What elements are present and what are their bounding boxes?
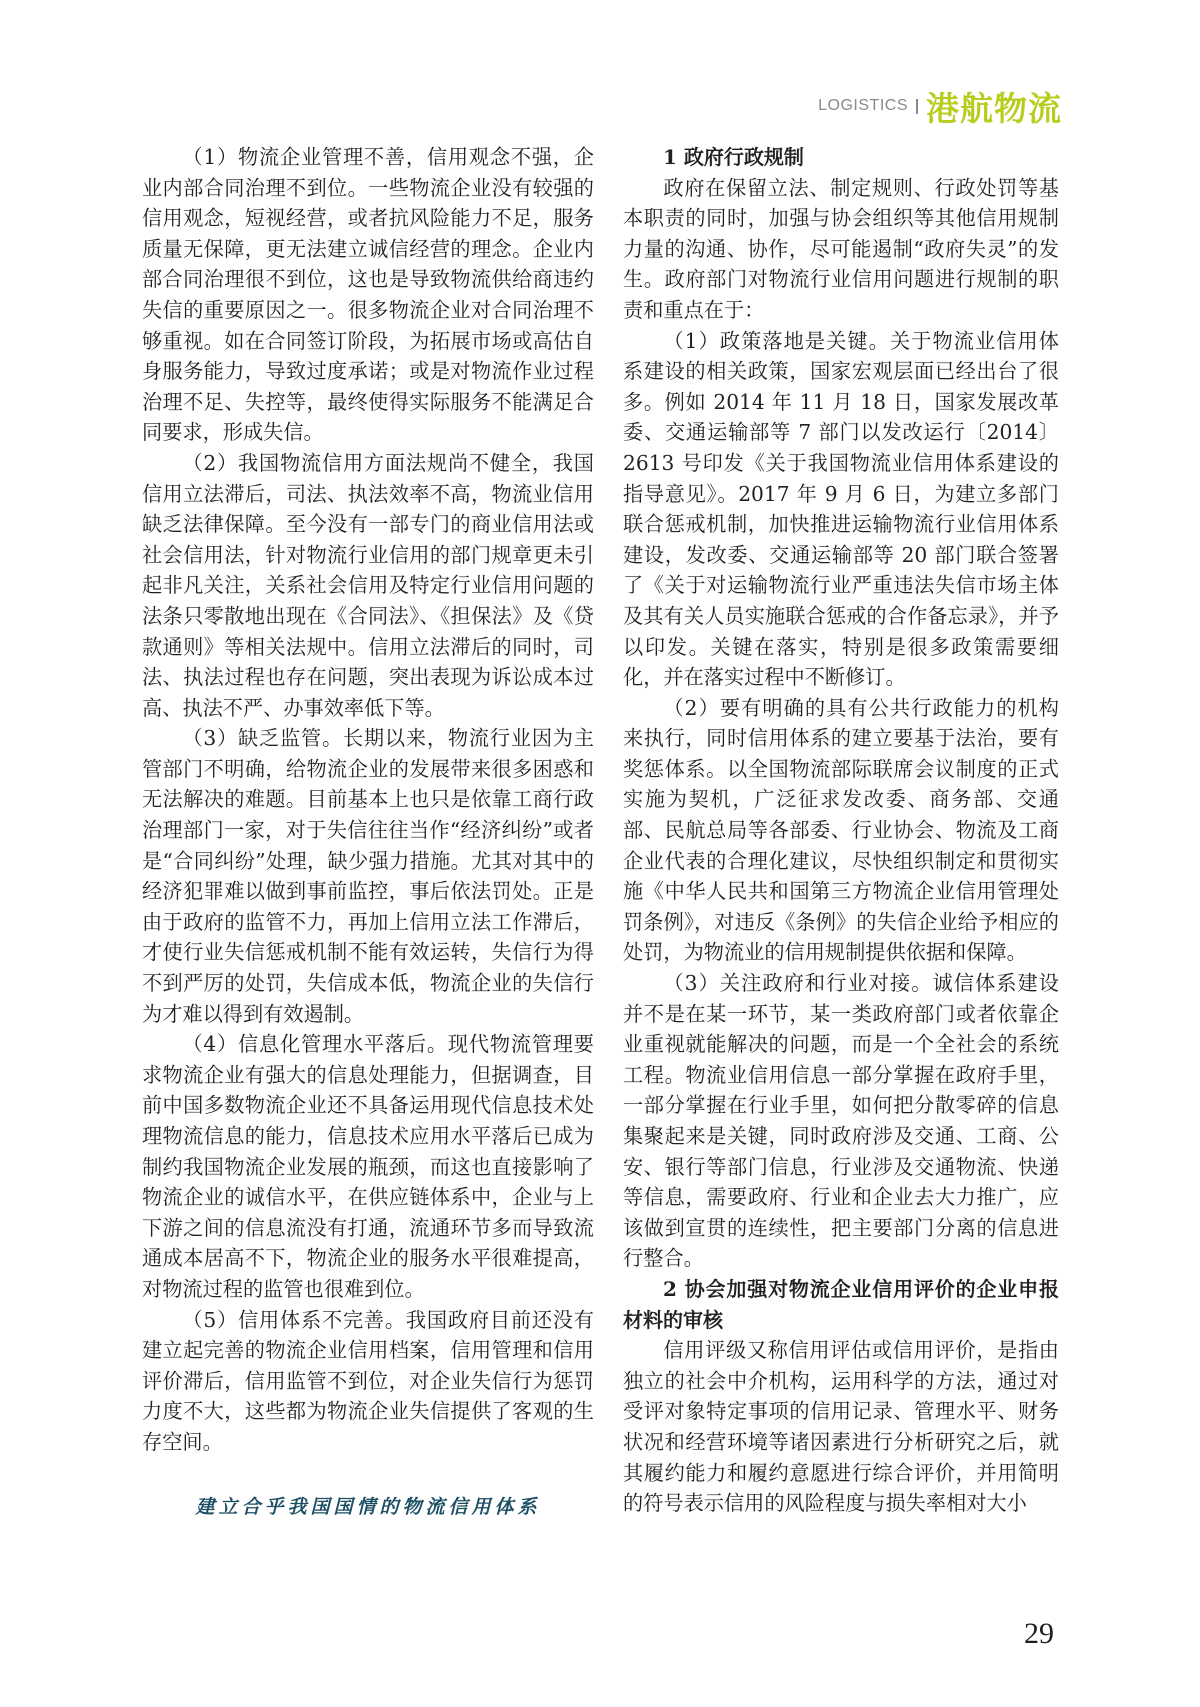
header-section-en: LOGISTICS — [818, 97, 908, 115]
paragraph-point-1: （1）政策落地是关键。关于物流业信用体系建设的相关政策，国家宏观层面已经出台了很… — [623, 326, 1059, 693]
paragraph-issue-1: （1）物流企业管理不善，信用观念不强，企业内部合同治理不到位。一些物流企业没有较… — [142, 142, 594, 448]
paragraph-credit-rating: 信用评级又称信用评估或信用评价，是指由独立的社会中介机构，运用科学的方法，通过对… — [623, 1335, 1059, 1519]
running-header: LOGISTICS 港航物流 — [818, 86, 1062, 126]
paragraph-point-2: （2）要有明确的具有公共行政能力的机构来执行，同时信用体系的建立要基于法治，要有… — [623, 693, 1059, 968]
subheading-government-regulation: 1 政府行政规制 — [623, 142, 1059, 173]
left-column: （1）物流企业管理不善，信用观念不强，企业内部合同治理不到位。一些物流企业没有较… — [142, 142, 594, 1522]
paragraph-issue-5: （5）信用体系不完善。我国政府目前还没有建立起完善的物流企业信用档案，信用管理和… — [142, 1305, 594, 1458]
paragraph-issue-4: （4）信息化管理水平落后。现代物流管理要求物流企业有强大的信息处理能力，但据调查… — [142, 1029, 594, 1304]
page-number: 29 — [1024, 1617, 1054, 1651]
paragraph-point-3: （3）关注政府和行业对接。诚信体系建设并不是在某一环节，某一类政府部门或者依靠企… — [623, 968, 1059, 1274]
header-section-cn: 港航物流 — [926, 83, 1062, 130]
paragraph-issue-3: （3）缺乏监管。长期以来，物流行业因为主管部门不明确，给物流企业的发展带来很多困… — [142, 723, 594, 1029]
header-divider — [916, 99, 918, 114]
paragraph-intro: 政府在保留立法、制定规则、行政处罚等基本职责的同时，加强与协会组织等其他信用规制… — [623, 173, 1059, 326]
right-column: 1 政府行政规制 政府在保留立法、制定规则、行政处罚等基本职责的同时，加强与协会… — [623, 142, 1059, 1519]
subheading-association-review: 2 协会加强对物流企业信用评价的企业申报材料的审核 — [623, 1274, 1059, 1335]
section-title: 建立合乎我国国情的物流信用体系 — [142, 1492, 594, 1523]
paragraph-issue-2: （2）我国物流信用方面法规尚不健全，我国信用立法滞后，司法、执法效率不高，物流业… — [142, 448, 594, 723]
